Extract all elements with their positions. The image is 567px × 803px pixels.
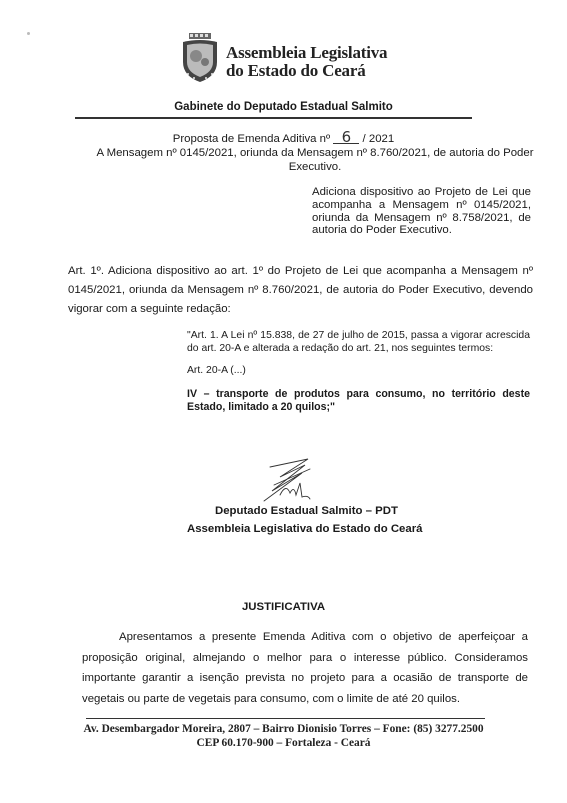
proposal-subtitle: A Mensagem nº 0145/2021, oriunda da Mens… — [80, 146, 550, 174]
proposal-title-prefix: Proposta de Emenda Aditiva nº — [173, 133, 330, 145]
proposal-title-suffix: / 2021 — [363, 133, 395, 145]
coat-of-arms-icon — [180, 32, 220, 84]
signatory-name: Deputado Estadual Salmito – PDT — [0, 505, 567, 517]
justification-title: JUSTIFICATIVA — [0, 601, 567, 613]
footer-line-2: CEP 60.170-900 – Fortaleza - Ceará — [0, 736, 567, 750]
quote-item: IV – transporte de produtos para consumo… — [187, 388, 530, 414]
institution-line-1: Assembleia Legislativa — [226, 44, 387, 62]
header-divider — [75, 117, 472, 119]
footer-divider — [86, 718, 485, 719]
signatory-organization: Assembleia Legislativa do Estado do Cear… — [0, 523, 567, 535]
article-1: Art. 1º. Adiciona dispositivo ao art. 1º… — [68, 262, 533, 319]
justification-paragraph: Apresentamos a presente Emenda Aditiva c… — [82, 627, 528, 709]
proposal-title: Proposta de Emenda Aditiva nº 6 / 2021 — [0, 131, 567, 145]
quote-article-ref: Art. 20-A (...) — [187, 365, 530, 378]
scan-speck — [27, 32, 30, 35]
institution-line-2: do Estado do Ceará — [226, 62, 387, 80]
justification-body: Apresentamos a presente Emenda Aditiva c… — [82, 627, 528, 709]
ementa: Adiciona dispositivo ao Projeto de Lei q… — [312, 186, 531, 237]
quote-intro: "Art. 1. A Lei nº 15.838, de 27 de julho… — [187, 330, 530, 355]
footer-line-1: Av. Desembargador Moreira, 2807 – Bairro… — [0, 722, 567, 736]
institution-name: Assembleia Legislativa do Estado do Cear… — [226, 44, 387, 80]
signature-icon — [250, 455, 340, 505]
footer-address: Av. Desembargador Moreira, 2807 – Bairro… — [0, 722, 567, 750]
cabinet-name: Gabinete do Deputado Estadual Salmito — [0, 101, 567, 113]
proposal-number: 6 — [333, 131, 359, 144]
quoted-law-text: "Art. 1. A Lei nº 15.838, de 27 de julho… — [187, 330, 530, 414]
